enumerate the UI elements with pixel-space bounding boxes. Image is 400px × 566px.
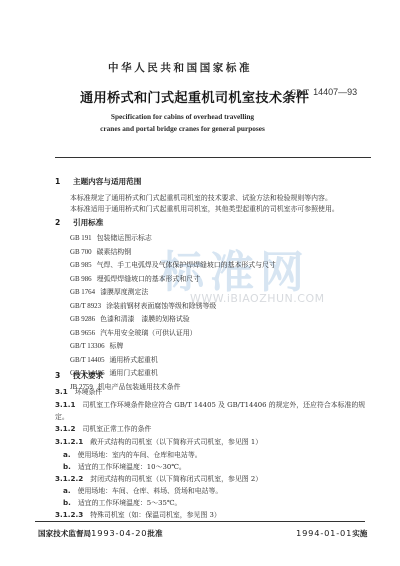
reference-item: GB 700碳素结构钢	[70, 246, 276, 260]
clause-3-1-2-3: 3.1.2.3特殊司机室（如：保温司机室，参见图 3）	[55, 509, 221, 519]
national-standard-label: 中华人民共和国国家标准	[108, 60, 252, 75]
document-title: 通用桥式和门式起重机司机室技术条件	[80, 87, 309, 106]
clause-3-1-1: 3.1.1司机室工作环境条件除应符合 GB/T 14405 及 GB/T1440…	[55, 399, 365, 409]
clause-3-1-2-1-a: a.使用场地：室内的车间、仓库和电站等。	[63, 449, 202, 459]
clause-3-1-1-continued: 定。	[55, 411, 69, 421]
clause-3-1-2-1: 3.1.2.1敞开式结构的司机室（以下简称开式司机室，参见图 1）	[55, 436, 262, 446]
reference-item: GB 986埋弧焊焊缝坡口的基本形式和尺寸	[70, 273, 276, 287]
standard-prefix: GB/T	[290, 88, 309, 97]
clause-3-1-2-1-b: b.适宜的工作环境温度：10～30℃。	[63, 461, 186, 471]
header-divider	[55, 157, 371, 158]
section-1-paragraph: 本标准适用于通用桥式和门式起重机用司机室，其他类型起重机的司机室亦可参照使用。	[70, 203, 339, 213]
reference-item: GB/T 14405通用桥式起重机	[70, 354, 276, 368]
approval-info: 国家技术监督局1993-04-20批准	[38, 528, 163, 539]
section-3-heading: 3技术要求	[55, 370, 103, 381]
clause-3-1-2-2-b: b.适宜的工作环境温度：5～35℃。	[63, 497, 181, 507]
clause-3-1: 3.1环境条件	[55, 386, 102, 396]
footer-divider	[35, 521, 365, 522]
section-2-heading: 2引用标准	[55, 217, 103, 228]
clause-3-1-2-2: 3.1.2.2封闭式结构的司机室（以下简称闭式司机室，参见图 2）	[55, 473, 262, 483]
standard-number: 14407—93	[313, 87, 357, 97]
reference-item: GB 191包装储运图示标志	[70, 232, 276, 246]
reference-item: GB/T 13306标牌	[70, 340, 276, 354]
section-1-paragraph: 本标准规定了通用桥式和门式起重机司机室的技术要求、试验方法和检验规则等内容。	[70, 192, 332, 202]
reference-item: GB 985气焊、手工电弧焊及气体保护焊焊缝坡口的基本形式与尺寸	[70, 259, 276, 273]
reference-item: GB 9286色漆和清漆 漆膜的划格试验	[70, 313, 276, 327]
english-title: Specification for cabins of overhead tra…	[100, 111, 265, 135]
reference-item: GB 9656汽车用安全玻璃（可供认证用）	[70, 327, 276, 341]
reference-item: GB 1764漆膜厚度测定法	[70, 286, 276, 300]
clause-3-1-2: 3.1.2司机室正常工作的条件	[55, 423, 151, 433]
section-1-heading: 1主题内容与适用范围	[55, 176, 141, 187]
effective-info: 1994-01-01实施	[296, 528, 367, 539]
clause-3-1-2-2-a: a.使用场地：车间、仓库、料场、货场和电站等。	[63, 485, 222, 495]
reference-item: GB/T 8923涂装前钢材表面腐蚀等级和除锈等级	[70, 300, 276, 314]
standard-code: GB/T14407—93	[290, 87, 357, 97]
